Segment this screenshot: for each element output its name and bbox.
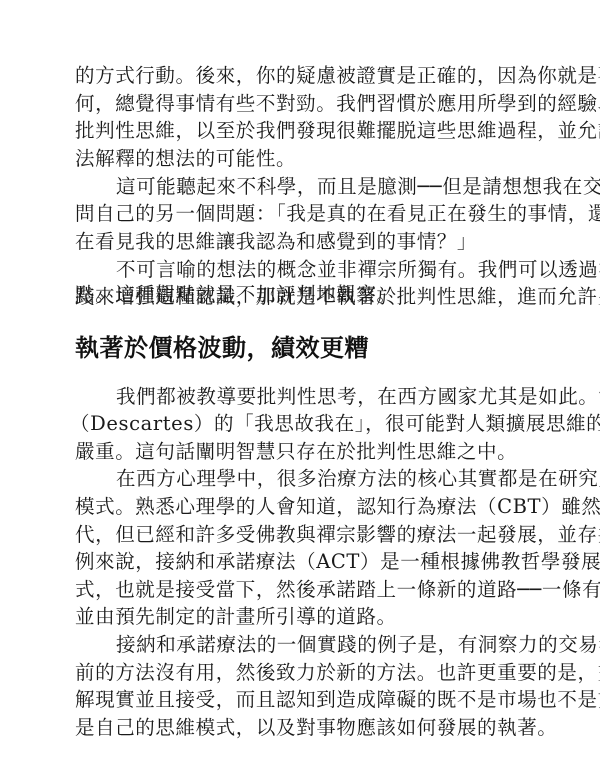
text-line: 的方式行動。後來，你的疑慮被證實是正確的，因為你就是不知為 [75, 62, 527, 90]
text-line: （Descartes）的「我思故我在」，很可能對人類擴展思維的影響最為 [70, 410, 527, 438]
text-line: 解現實並且接受，而且認知到造成障礙的既不是市場也不是方法，而 [75, 686, 527, 714]
text-line: 問自己的另一個問題：「我是真的在看見正在發生的事情，還是只是 [75, 200, 527, 228]
text-line: 例來說，接納和承諾療法（ACT）是一種根據佛教哲學發展出來的模 [75, 548, 527, 576]
text-line: 前的方法沒有用，然後致力於新的方法。也許更重要的是，交易者了 [75, 659, 527, 687]
text-line: 式，也就是接受當下，然後承諾踏上一條新的道路──一條有明確目標 [75, 576, 527, 604]
section-heading: 執著於價格波動，績效更糟 [75, 332, 369, 364]
text-line: 模式。熟悉心理學的人會知道，認知行為療法（CBT）雖然沒有被取 [75, 493, 527, 521]
text-line: 法解釋的想法的可能性。 [75, 145, 527, 173]
text-line: 我們都被教導要批判性思考，在西方國家尤其是如此。笛卡兒 [116, 383, 527, 411]
text-line: 在看見我的思維讓我認為和感覺到的事情？」 [75, 228, 527, 256]
text-line: 在西方心理學中，很多治療方法的核心其實都是在研究人的思維 [116, 465, 527, 493]
text-line: 接納和承諾療法的一個實踐的例子是，有洞察力的交易者接受目 [116, 631, 527, 659]
document-page: 的方式行動。後來，你的疑慮被證實是正確的，因為你就是不知為 何，總覺得事情有些不… [0, 0, 600, 776]
text-line: 是自己的思維模式，以及對事物應該如何發展的執著。 [75, 714, 527, 742]
text-line: 嚴重。這句話闡明智慧只存在於批判性思維之中。 [75, 438, 527, 466]
text-line: 何，總覺得事情有些不對勁。我們習慣於應用所學到的經驗、分析和 [75, 90, 527, 118]
text-line: 點。這種觀點就是不加評判地觀察。 [75, 281, 527, 309]
text-line: 代，但已經和許多受佛教與禪宗影響的療法一起發展，並存共用。舉 [75, 521, 527, 549]
text-line: 不可言喻的想法的概念並非禪宗所獨有。我們可以透過禪宗的實 [116, 256, 527, 284]
text-line: 並由預先制定的計畫所引導的道路。 [75, 603, 527, 631]
text-line: 這可能聽起來不科學，而且是臆測──但是請想想我在交易時經常 [116, 173, 527, 201]
text-line: 批判性思維，以至於我們發現很難擺脱這些思維過程，並允許一種無 [75, 117, 527, 145]
